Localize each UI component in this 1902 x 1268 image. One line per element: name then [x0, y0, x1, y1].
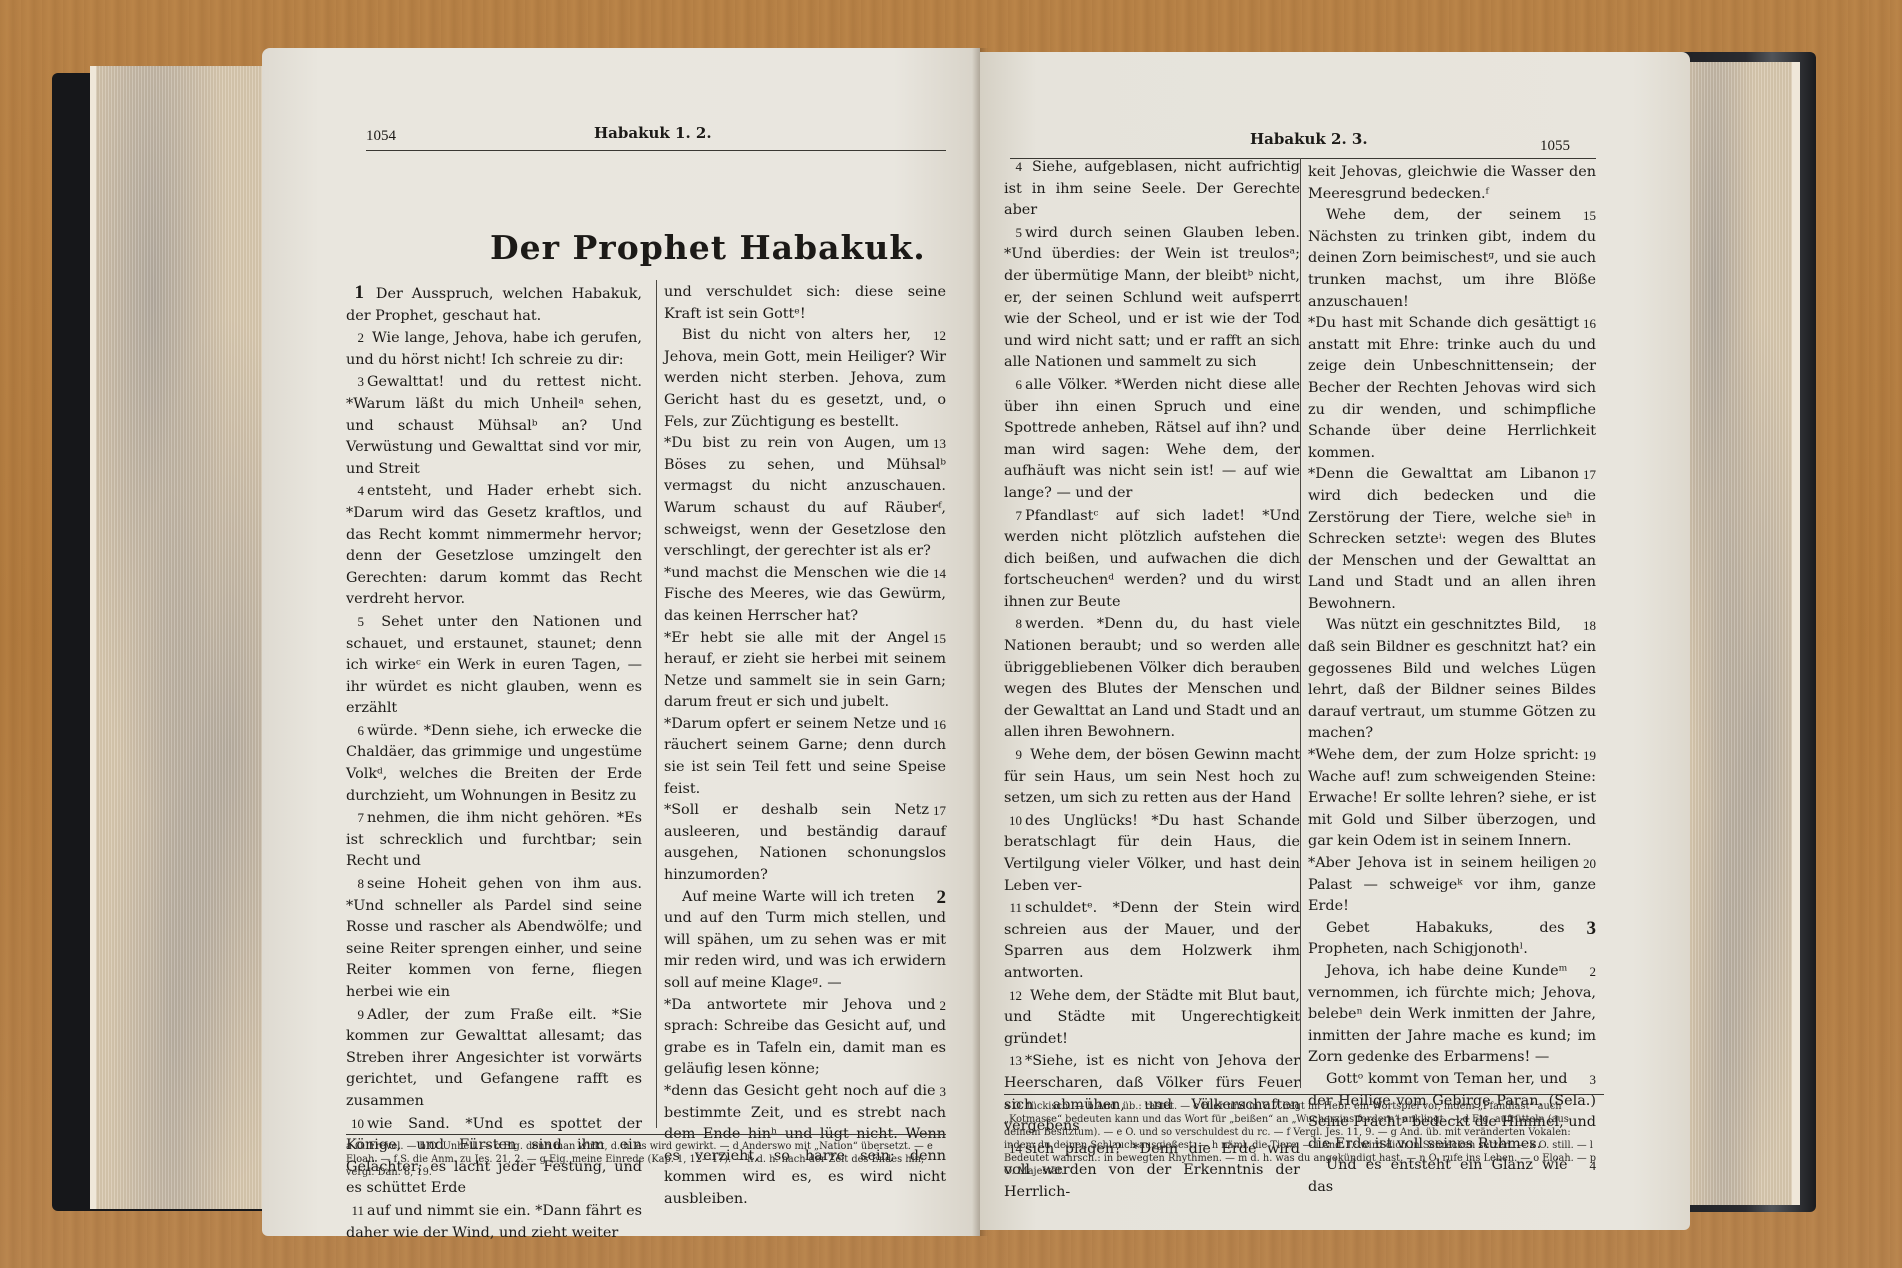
- verse: keit Jehovas, gleichwie die Wasser den M…: [1308, 162, 1596, 205]
- verse: 8seine Hoheit gehen von ihm aus. *Und sc…: [346, 873, 642, 1004]
- verse: 11schuldetᵉ. *Denn der Stein wird schrei…: [1004, 897, 1300, 984]
- right-page: Habakuk 2. 3. 1055 4 Siehe, aufgeblasen,…: [980, 52, 1690, 1230]
- marbled-page-edge-left: [90, 66, 286, 1209]
- verse: 19*Wehe dem, der zum Holze spricht: Wach…: [1308, 745, 1596, 853]
- verse: 9Adler, der zum Fraße eilt. *Sie kommen …: [346, 1004, 642, 1113]
- verse: 12 Wehe dem, der Städte mit Blut baut, u…: [1004, 985, 1300, 1051]
- column-divider: [656, 280, 657, 1128]
- footnote-rule: [346, 1134, 946, 1135]
- column-divider: [1300, 158, 1301, 1088]
- verse: 4entsteht, und Hader erhebt sich. *Darum…: [346, 480, 642, 611]
- running-head: Habakuk 2. 3.: [1250, 130, 1368, 148]
- right-page-column-1: 4 Siehe, aufgeblasen, nicht aufrichtig i…: [1004, 156, 1300, 1204]
- verse: 18Was nützt ein geschnitztes Bild, daß s…: [1308, 615, 1596, 745]
- verse: 12Bist du nicht von alters her, Jehova, …: [664, 325, 946, 433]
- footnote-rule: [1004, 1094, 1604, 1095]
- verse: und verschuldet sich: diese seine Kraft …: [664, 282, 946, 325]
- verse: 6alle Völker. *Werden nicht diese alle ü…: [1004, 374, 1300, 505]
- left-page-column-1: 1 Der Ausspruch, welchen Habakuk, der Pr…: [346, 282, 642, 1244]
- marbled-page-edge-right: [1680, 62, 1800, 1205]
- verse: 17*Soll er deshalb sein Netz ausleeren, …: [664, 800, 946, 886]
- page-number: 1055: [1540, 138, 1570, 155]
- verse: 10des Unglücks! *Du hast Schande beratsc…: [1004, 810, 1300, 897]
- verse: 2*Da antwortete mir Jehova und sprach: S…: [664, 995, 946, 1081]
- verse: 9 Wehe dem, der bösen Gewinn macht für s…: [1004, 744, 1300, 810]
- running-head: Habakuk 1. 2.: [594, 124, 712, 142]
- verse: 3Gebet Habakuks, des Propheten, nach Sch…: [1308, 918, 1596, 961]
- verse: 2Jehova, ich habe deine Kundeᵐ vernommen…: [1308, 961, 1596, 1069]
- verse: 5wird durch seinen Glauben leben. *Und ü…: [1004, 222, 1300, 374]
- header-rule: [366, 150, 946, 151]
- footnotes: a O. Frevel. — b O. Unheil. — c Eig. den…: [346, 1140, 946, 1179]
- verse: 7nehmen, die ihm nicht gehören. *Es ist …: [346, 807, 642, 873]
- left-page-column-2: und verschuldet sich: diese seine Kraft …: [664, 282, 946, 1211]
- verse: 6würde. *Denn siehe, ich erwecke die Cha…: [346, 720, 642, 807]
- verse: 3Gewalttat! und du rettest nicht. *Warum…: [346, 371, 642, 480]
- verse: 7Pfandlastᶜ auf sich ladet! *Und werden …: [1004, 505, 1300, 614]
- verse: 4 Siehe, aufgeblasen, nicht aufrichtig i…: [1004, 156, 1300, 222]
- book-title: Der Prophet Habakuk.: [490, 228, 926, 267]
- verse: 11auf und nimmt sie ein. *Dann fährt es …: [346, 1200, 642, 1244]
- footnotes: a O. tückisch. — b And. üb.: rastet. — c…: [1004, 1100, 1604, 1178]
- verse: 15*Er hebt sie alle mit der Angel herauf…: [664, 628, 946, 714]
- verse: 1 Der Ausspruch, welchen Habakuk, der Pr…: [346, 282, 642, 327]
- verse: 5 Sehet unter den Nationen und schauet, …: [346, 611, 642, 720]
- verse: 2 Wie lange, Jehova, habe ich gerufen, u…: [346, 327, 642, 371]
- verse: 16*Darum opfert er seinem Netze und räuc…: [664, 714, 946, 800]
- verse: 15Wehe dem, der seinem Nächsten zu trink…: [1308, 205, 1596, 313]
- right-page-column-2: keit Jehovas, gleichwie die Wasser den M…: [1308, 162, 1596, 1199]
- page-number: 1054: [366, 128, 396, 145]
- left-page: 1054 Habakuk 1. 2. Der Prophet Habakuk. …: [262, 48, 980, 1236]
- verse: 20*Aber Jehova ist in seinem heiligen Pa…: [1308, 853, 1596, 918]
- verse: 16*Du hast mit Schande dich gesättigt an…: [1308, 313, 1596, 464]
- verse: 8werden. *Denn du, du hast viele Natione…: [1004, 613, 1300, 744]
- verse: 2Auf meine Warte will ich treten und auf…: [664, 887, 946, 995]
- verse: 17*Denn die Gewalttat am Libanon wird di…: [1308, 464, 1596, 615]
- verse: 13*Du bist zu rein von Augen, um Böses z…: [664, 433, 946, 563]
- verse: 14*und machst die Menschen wie die Fisch…: [664, 563, 946, 628]
